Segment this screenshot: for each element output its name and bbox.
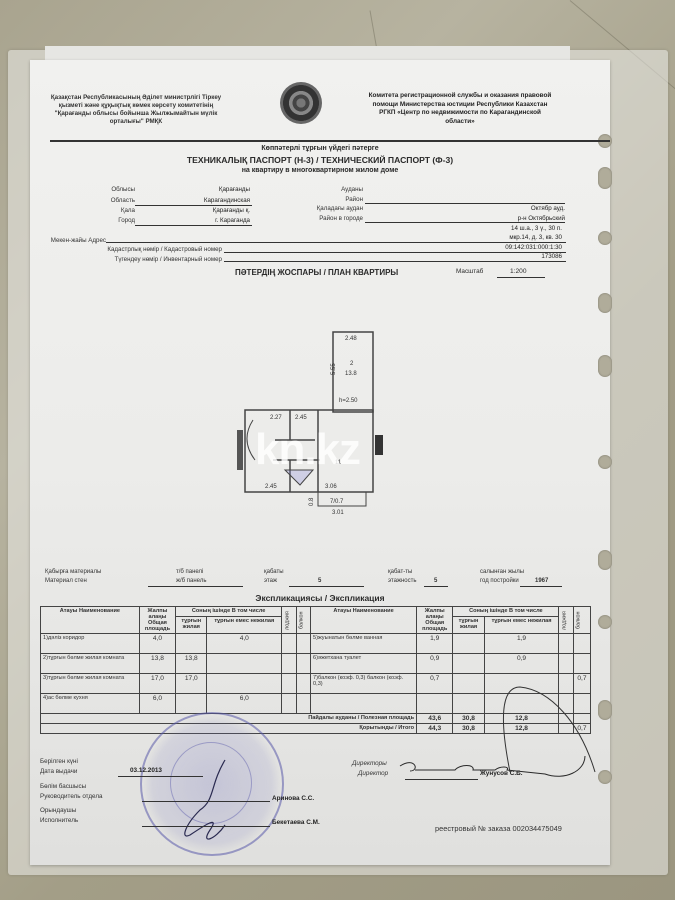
year-value: 1967 [535, 578, 548, 584]
qala-value: Қарағанды қ. [150, 207, 250, 214]
watermark-logo: kn.kz [255, 425, 360, 475]
plan-title: ПӘТЕРДІҢ ЖОСПАРЫ / ПЛАН КВАРТИРЫ [235, 268, 398, 277]
inventory-label: Түгендеу нөмір / Инвентарный номер [40, 256, 222, 263]
header-divider [50, 140, 610, 142]
address-value-ru: мкр.14, д. 3, кв. 30 [440, 234, 562, 241]
issued-label-ru: Дата выдачи [40, 768, 77, 775]
svg-text:3.01: 3.01 [332, 510, 344, 515]
svg-text:2.48: 2.48 [345, 336, 357, 342]
issued-label-kz: Берілген күні [40, 758, 78, 765]
svg-text:3.06: 3.06 [325, 484, 337, 490]
executor-label-ru: Исполнитель [40, 817, 78, 824]
issued-date: 03.12.2013 [130, 767, 162, 774]
gorod-label: Город [60, 217, 135, 224]
signature-executor [170, 755, 250, 850]
qala-label: Қала [60, 207, 135, 214]
header-right-org: Комитета регистрационной службы и оказан… [340, 92, 580, 126]
floors-label-ru: этажность [388, 578, 417, 584]
head-label-ru: Руководитель отдела [40, 793, 103, 800]
walls-value-ru: ж/б панель [176, 578, 206, 584]
floors-value: 5 [434, 578, 437, 584]
svg-text:h=2.50: h=2.50 [339, 398, 358, 404]
svg-text:2.45: 2.45 [265, 484, 277, 490]
audany-label: Ауданы [300, 186, 363, 193]
walls-value-kz: т/б панелі [176, 569, 203, 575]
table-header-row: Атауы Наименование Жалпы алаңы Общая пло… [41, 607, 591, 617]
raion-gorod-label: Район в городе [280, 215, 363, 222]
raion-label: Район [300, 196, 363, 203]
floor-value: 5 [318, 578, 321, 584]
floor-label-ru: этаж [264, 578, 277, 584]
table-row: 1)дәліз коридор 4,0 4,0 5)жуынатын бөлме… [41, 634, 591, 654]
order-number: реестровый № заказа 002034475049 [435, 824, 562, 833]
svg-text:0.8: 0.8 [309, 497, 315, 506]
scale-value: 1:200 [510, 268, 527, 275]
svg-text:7/0.7: 7/0.7 [330, 499, 344, 505]
oblast-value: Карагандинская [150, 197, 250, 204]
title-kz: Көппәтерлі тұрғын үйдегі пәтерге [40, 145, 600, 152]
oblysy-label: Облысы [60, 186, 135, 193]
oblast-label: Область [60, 197, 135, 204]
address-label: Мекен-жайы Адрес [38, 237, 106, 244]
svg-text:2.27: 2.27 [270, 415, 282, 421]
title-subtitle: на квартиру в многоквартирном жилом доме [40, 167, 600, 174]
document-title: ТЕХНИКАЛЫҚ ПАСПОРТ (Н-3) / ТЕХНИЧЕСКИЙ П… [40, 155, 600, 165]
director-label-ru: Директор [358, 770, 388, 777]
director-name: Жунусов С.Б. [480, 770, 523, 777]
binder-holes [598, 130, 618, 850]
oblysy-value: Қарағанды [150, 186, 250, 193]
header-left-org: Қазақстан Республикасының Әділет министр… [36, 94, 236, 126]
svg-text:2: 2 [350, 361, 354, 367]
table-row: 2)тұрғын бөлме жилая комната 13,8 13,8 6… [41, 654, 591, 674]
walls-label-kz: Қабырға материалы [45, 569, 101, 575]
gorod-value: г. Караганда [150, 217, 250, 224]
director-label-kz: Директоры [352, 760, 387, 767]
explication-title: Экспликациясы / Экспликация [40, 593, 600, 603]
inventory-value: 173086 [440, 253, 562, 260]
cadastral-label: Кадастрлық нөмір / Кадастровый номер [40, 246, 222, 253]
qala-audan-value: Октябр ауд. [440, 205, 565, 212]
executor-label-kz: Орындаушы [40, 807, 76, 814]
address-value-kz: 14 ш.а., 3 ү., 30 п. [440, 225, 562, 232]
cross-out-mark [500, 682, 600, 777]
head-name: Аринова С.С. [272, 795, 314, 802]
floors-label-kz: қабат-ты [388, 569, 412, 575]
executor-name: Бекетаева С.М. [272, 819, 320, 826]
cadastral-value: 09:142:031:000:1:30 [440, 244, 562, 251]
svg-text:2.45: 2.45 [295, 415, 307, 421]
kazakhstan-emblem-icon [280, 82, 322, 124]
floor-label-kz: қабаты [264, 569, 284, 575]
head-label-kz: Бөлім басшысы [40, 783, 86, 790]
year-label-kz: салынған жылы [480, 569, 524, 575]
svg-text:5.55: 5.55 [331, 363, 337, 375]
raion-gorod-value: р-н Октябрьский [440, 215, 565, 222]
floor-plan: 2.48 5.55 2 13.8 h=2.50 2.27 2.45 11 2.4… [235, 330, 395, 515]
walls-label-ru: Материал стен [45, 578, 87, 584]
scale-label: Масштаб [456, 268, 483, 275]
year-label-ru: год постройки [480, 578, 519, 584]
svg-text:13.8: 13.8 [345, 371, 357, 377]
qala-audan-label: Қаладағы аудан [280, 205, 363, 212]
